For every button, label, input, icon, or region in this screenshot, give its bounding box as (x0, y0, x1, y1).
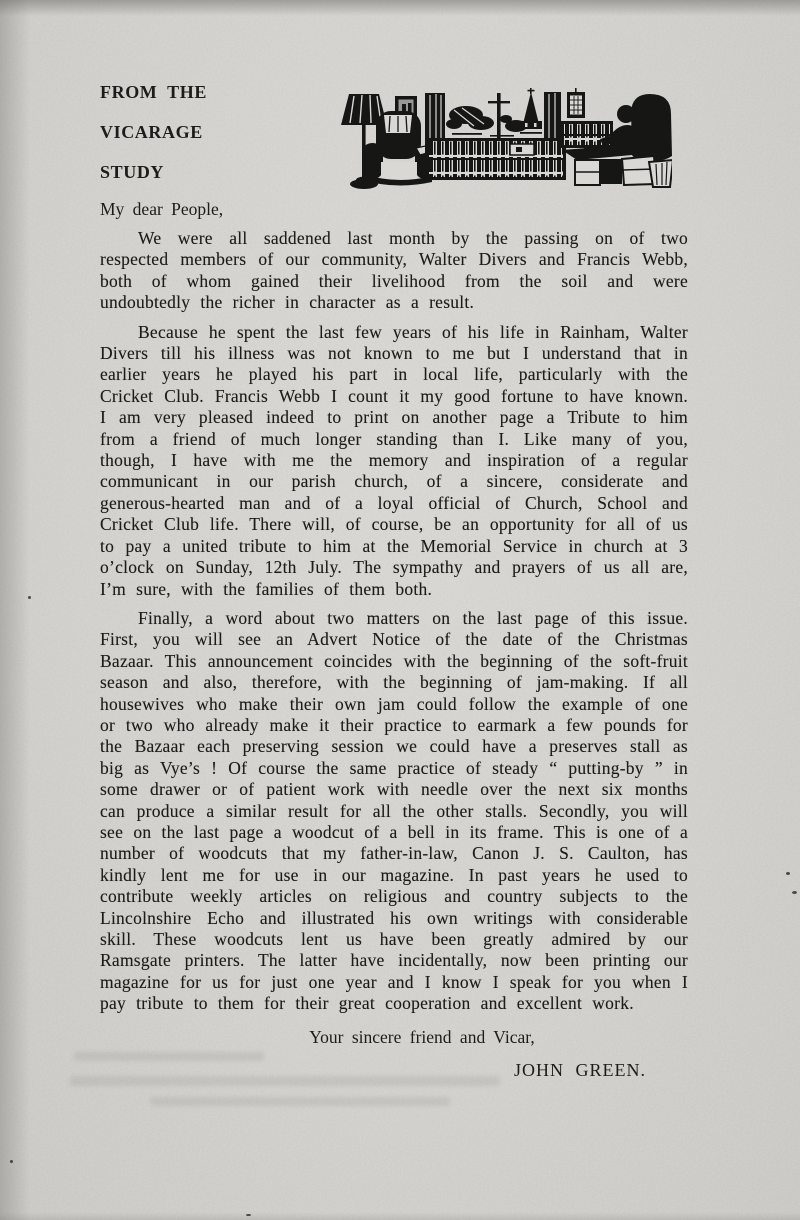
masthead-line-1: FROM THE (100, 72, 688, 112)
masthead-line-2: VICARAGE (100, 112, 688, 152)
letter-closing: Your sincere friend and Vicar, (128, 1026, 716, 1048)
scan-speck (792, 891, 797, 894)
scan-edge-bottom (0, 1212, 800, 1220)
scan-edge-top (0, 0, 800, 16)
salutation: My dear People, (100, 198, 688, 220)
signature: JOHN GREEN. (100, 1059, 688, 1081)
letter-paragraph-3: Finally, a word about two matters on the… (100, 608, 688, 1015)
magazine-page: FROM THE VICARAGE STUDY My dear People, … (0, 0, 800, 1220)
scan-speck (786, 872, 790, 875)
letter-paragraph-2: Because he spent the last few years of h… (100, 322, 688, 600)
show-through-ghosting (150, 1097, 450, 1106)
scan-edge-left (0, 0, 30, 1220)
vicar-letter: My dear People, We were all saddened las… (100, 198, 688, 1081)
page-title: FROM THE VICARAGE STUDY (100, 72, 688, 192)
masthead-line-3: STUDY (100, 152, 688, 192)
page-content: FROM THE VICARAGE STUDY My dear People, … (100, 72, 688, 1081)
letter-paragraph-1: We were all saddened last month by the p… (100, 228, 688, 314)
